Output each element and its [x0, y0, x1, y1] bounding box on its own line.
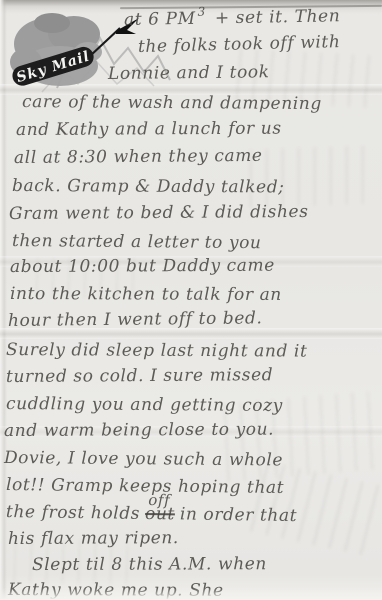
- letter-line: care of the wash and dampening: [22, 92, 322, 114]
- letter-line: into the kitchen to talk for an: [10, 284, 282, 305]
- letter-line: and warm being close to you.: [4, 420, 274, 441]
- letter-line-text: in order that: [180, 504, 297, 526]
- letter-line: Gram went to bed & I did dishes: [9, 202, 309, 224]
- letter-line: cuddling you and getting cozy: [6, 394, 283, 416]
- letter-line-text: + set it. Then: [215, 6, 341, 28]
- letter-line: and Kathy and a lunch for us: [16, 119, 282, 140]
- letter-line: his flax may ripen.: [8, 528, 179, 549]
- letter-line: at 6 PM3+ set it. Then: [124, 6, 341, 30]
- letter-line-with-correction: the frost holdsoffoutin order that: [6, 502, 297, 526]
- letter-line-text: the frost holds: [6, 502, 140, 524]
- letter-line: turned so cold. I sure missed: [6, 365, 273, 387]
- paper-bottom-edge: [0, 588, 382, 600]
- letter-line: lot!! Gramp keeps hoping that: [6, 475, 284, 498]
- letter-line: all at 8:30 when they came: [14, 146, 263, 168]
- letter-line: Lonnie and I took: [108, 62, 270, 84]
- letter-line: then started a letter to you: [12, 231, 262, 253]
- letter-line: Surely did sleep last night and it: [6, 340, 308, 362]
- letter-line: hour then I went off to bed.: [8, 308, 263, 331]
- letter-page: Sky Mail at 6 PM3+ set it. Then the folk…: [0, 0, 382, 600]
- letter-line-text: at 6 PM: [124, 9, 196, 30]
- letter-line: back. Gramp & Daddy talked;: [12, 176, 285, 197]
- correction-word: off: [148, 491, 170, 509]
- correction-stack: offout: [145, 504, 175, 524]
- page-number-superscript: 3: [197, 5, 205, 19]
- letter-line: about 10:00 but Daddy came: [10, 256, 275, 277]
- letter-line: Slept til 8 this A.M. when: [32, 554, 267, 575]
- letter-line: Dovie, I love you such a whole: [4, 448, 283, 470]
